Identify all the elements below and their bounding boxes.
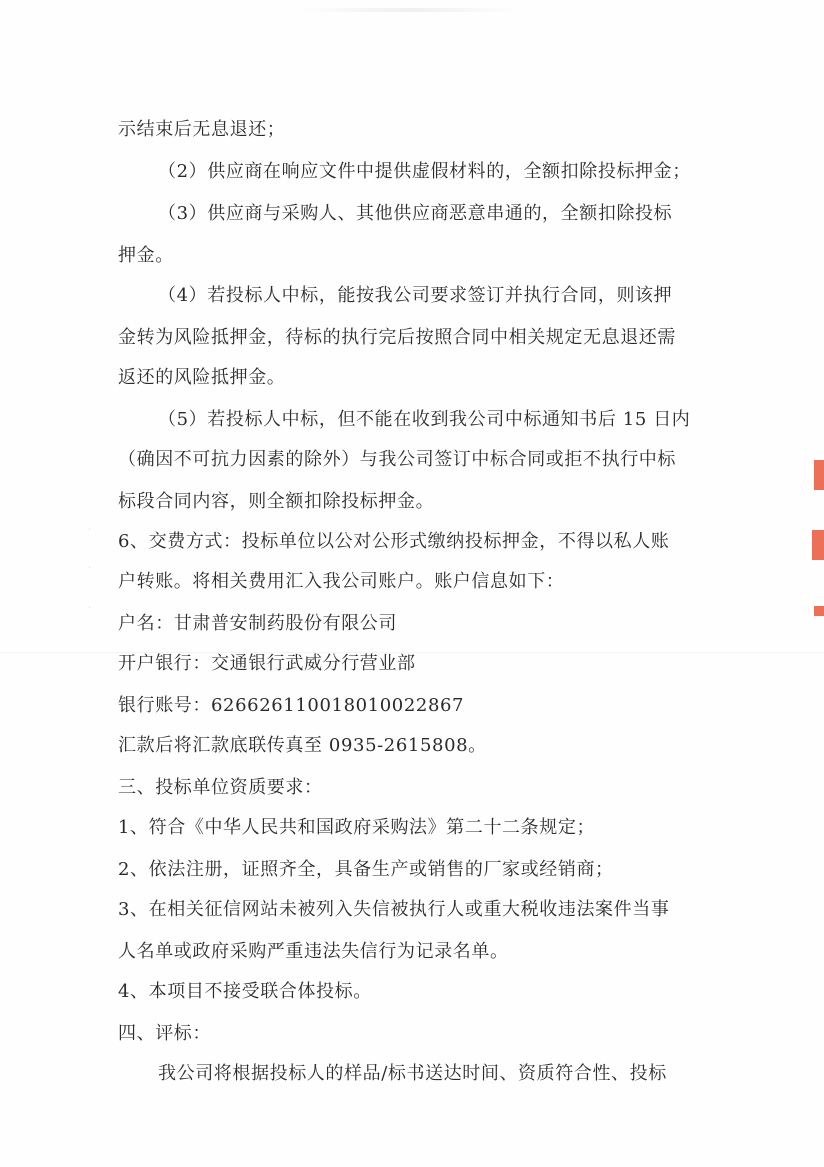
text-line: 标段合同内容，则全额扣除投标押金。 [118, 490, 434, 514]
scan-artifact-top [300, 8, 520, 12]
section-heading-evaluation: 四、评标： [118, 1022, 211, 1046]
qualification-item: 2、依法注册，证照齐全，具备生产或销售的厂家或经销商； [118, 858, 614, 882]
text-line: 金转为风险抵押金，待标的执行完后按照合同中相关规定无息退还需 [118, 326, 676, 350]
left-margin-bleed-mark: · [88, 525, 100, 537]
section-heading-qualifications: 三、投标单位资质要求： [118, 776, 323, 800]
account-name: 户名：甘肃普安制药股份有限公司 [118, 612, 397, 636]
text-line: 示结束后无息退还； [118, 118, 285, 142]
fax-number: 汇款后将汇款底联传真至 0935-2615808。 [118, 734, 487, 758]
red-seal-edge [814, 460, 824, 490]
text-line: 我公司将根据投标人的样品/标书送达时间、资质符合性、投标 [158, 1062, 667, 1086]
red-seal-edge [812, 530, 824, 560]
text-line: （5）若投标人中标，但不能在收到我公司中标通知书后 15 日内 [158, 408, 690, 432]
text-line: 押金。 [118, 244, 174, 268]
left-margin-bleed-mark: · [88, 563, 100, 575]
scanned-document-page: · · · 示结束后无息退还； （2）供应商在响应文件中提供虚假材料的，全额扣除… [0, 0, 824, 1167]
payment-method-line: 6、交费方式：投标单位以公对公形式缴纳投标押金，不得以私人账 [118, 530, 669, 554]
payment-method-line: 户转账。将相关费用汇入我公司账户。账户信息如下： [118, 570, 564, 594]
qualification-item: 4、本项目不接受联合体投标。 [118, 980, 372, 1004]
qualification-item: 1、符合《中华人民共和国政府采购法》第二十二条规定； [118, 816, 595, 840]
text-line: （2）供应商在响应文件中提供虚假材料的，全额扣除投标押金； [158, 160, 691, 184]
left-margin-bleed-mark: · [88, 603, 100, 615]
bank-account-number: 银行账号：626626110018010022867 [118, 694, 464, 718]
text-line: （确因不可抗力因素的除外）与我公司签订中标合同或拒不执行中标 [118, 448, 676, 472]
red-seal-edge [814, 606, 824, 616]
text-line: 返还的风险抵押金。 [118, 366, 285, 390]
qualification-item: 人名单或政府采购严重违法失信行为记录名单。 [118, 940, 509, 964]
text-line: （4）若投标人中标，能按我公司要求签订并执行合同，则该押 [158, 284, 672, 308]
qualification-item: 3、在相关征信网站未被列入失信被执行人或重大税收违法案件当事 [118, 898, 669, 922]
bank-name: 开户银行：交通银行武威分行营业部 [118, 652, 416, 676]
text-line: （3）供应商与采购人、其他供应商恶意串通的，全额扣除投标 [158, 202, 672, 226]
